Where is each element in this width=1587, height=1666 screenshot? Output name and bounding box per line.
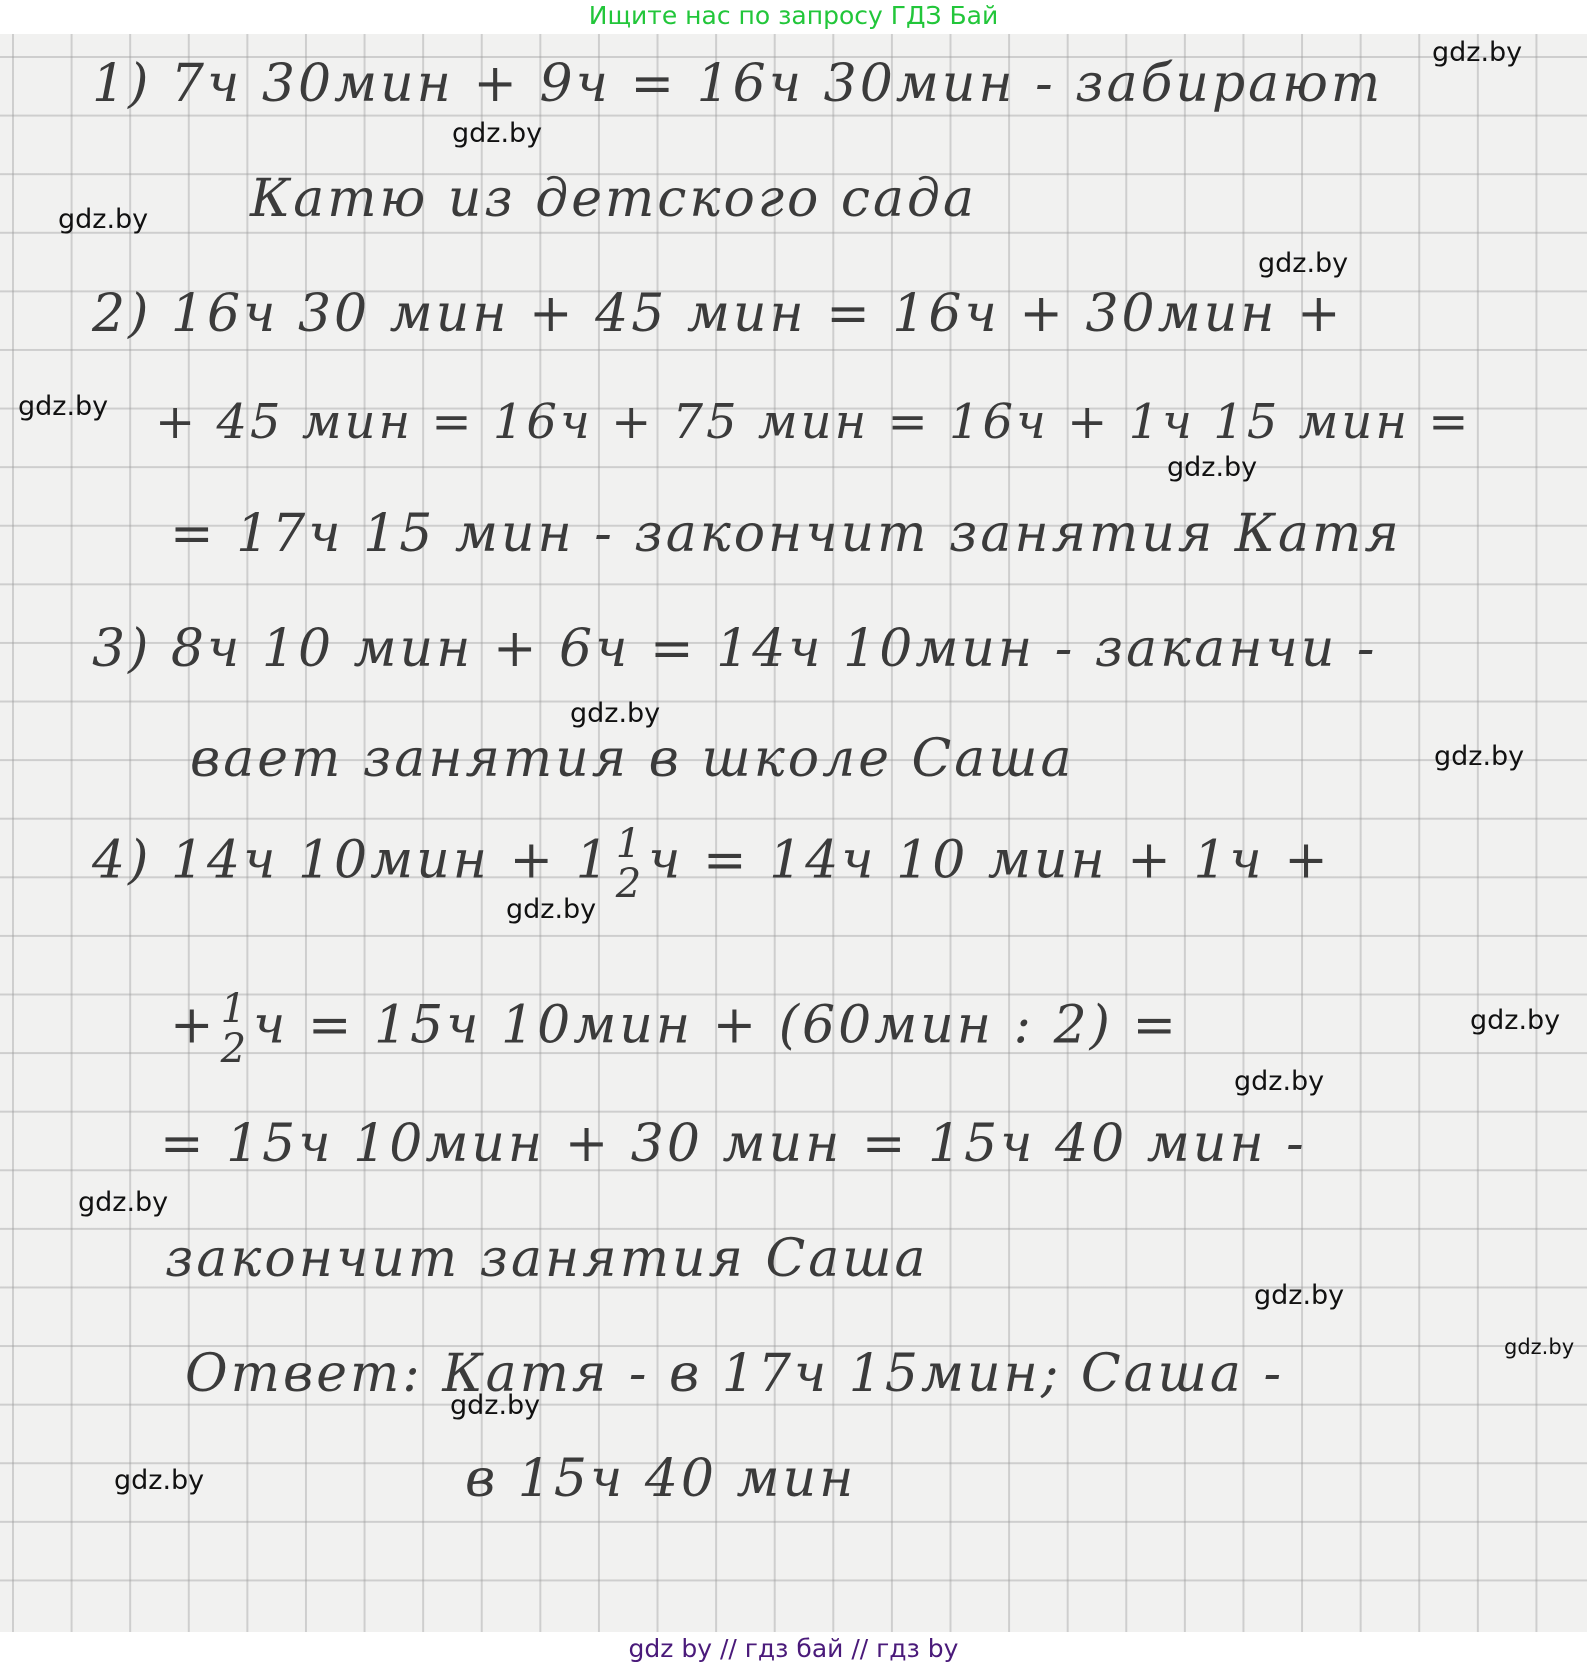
step3-line1: 3) 8ч 10 мин + 6ч = 14ч 10мин - заканчи … — [92, 619, 1377, 679]
step4-line1-start: 4) 14ч 10мин + 1 — [92, 831, 612, 891]
answer-line1: Ответ: Катя - в 17ч 15мин; Саша - — [185, 1344, 1284, 1404]
watermark: gdz.by — [1434, 741, 1524, 772]
fraction-one-half: 12 — [221, 989, 249, 1069]
watermark: gdz.by — [18, 391, 108, 422]
watermark: gdz.by — [114, 1465, 204, 1496]
step4-line1-end: ч = 14ч 10 мин + 1ч + — [648, 831, 1331, 891]
watermark: gdz.by — [1254, 1280, 1344, 1311]
watermark: gdz.by — [1234, 1066, 1324, 1097]
fraction-one-half: 12 — [616, 824, 644, 904]
watermark: gdz.by — [1167, 452, 1257, 483]
watermark: gdz.by — [1258, 248, 1348, 279]
step4-line4: закончит занятия Саша — [165, 1229, 929, 1289]
step2-line2: + 45 мин = 16ч + 75 мин = 16ч + 1ч 15 ми… — [155, 394, 1471, 450]
step2-line1: 2) 16ч 30 мин + 45 мин = 16ч + 30мин + — [92, 284, 1344, 344]
top-banner: Ищите нас по запросу ГДЗ Бай — [0, 0, 1587, 34]
grid-paper-page: 1) 7ч 30мин + 9ч = 16ч 30мин - забирают … — [0, 34, 1587, 1632]
watermark: gdz.by — [570, 698, 660, 729]
watermark: gdz.by — [58, 204, 148, 235]
footer-text: gdz by // гдз бай // гдз by — [629, 1634, 959, 1663]
watermark: gdz.by — [1432, 37, 1522, 68]
watermark: gdz.by — [506, 894, 596, 925]
step4-line2: +12ч = 15ч 10мин + (60мин : 2) = — [170, 989, 1179, 1069]
watermark: gdz.by — [452, 118, 542, 149]
watermark: gdz.by — [1504, 1335, 1574, 1359]
step1-line2: Катю из детского сада — [250, 169, 977, 229]
watermark: gdz.by — [78, 1187, 168, 1218]
step4-line3: = 15ч 10мин + 30 мин = 15ч 40 мин - — [160, 1114, 1307, 1174]
step4-line2-start: + — [170, 996, 217, 1056]
footer: gdz by // гдз бай // гдз by — [0, 1632, 1587, 1666]
step2-line3: = 17ч 15 мин - закончит занятия Катя — [170, 504, 1402, 564]
answer-line2: в 15ч 40 мин — [465, 1449, 856, 1509]
step1-line1: 1) 7ч 30мин + 9ч = 16ч 30мин - забирают — [92, 54, 1383, 114]
step4-line2-end: ч = 15ч 10мин + (60мин : 2) = — [253, 996, 1179, 1056]
step3-line2: вает занятия в школе Саша — [190, 729, 1075, 789]
step4-line1: 4) 14ч 10мин + 112ч = 14ч 10 мин + 1ч + — [92, 824, 1331, 904]
watermark: gdz.by — [450, 1390, 540, 1421]
watermark: gdz.by — [1470, 1005, 1560, 1036]
banner-text: Ищите нас по запросу ГДЗ Бай — [589, 1, 998, 30]
